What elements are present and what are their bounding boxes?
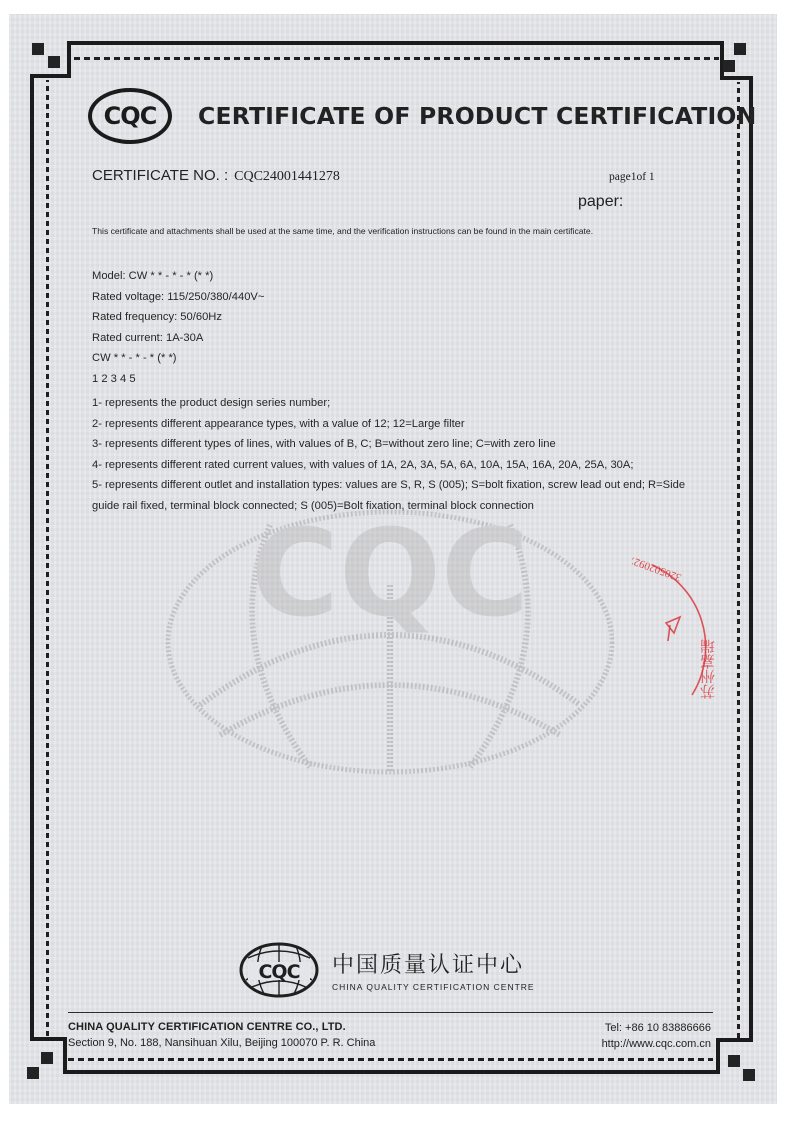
model: Model: CW * * - * - * (* *): [92, 266, 264, 287]
cqc-logo-text: CQC: [104, 102, 157, 130]
footer-divider: [68, 1012, 713, 1013]
description-item: 3- represents different types of lines, …: [92, 434, 712, 455]
product-specs: Model: CW * * - * - * (* *) Rated voltag…: [92, 266, 264, 389]
certificate-header: CQC CERTIFICATE OF PRODUCT CERTIFICATION: [88, 88, 756, 144]
org-name-english: CHINA QUALITY CERTIFICATION CENTRE: [332, 982, 535, 992]
footer-org-name: 中国质量认证中心 CHINA QUALITY CERTIFICATION CEN…: [332, 948, 535, 992]
company-seal-stamp: 3205020927921 苏州嘉瑞: [632, 545, 752, 715]
cqc-logo: CQC: [88, 88, 172, 144]
usage-notice: This certificate and attachments shall b…: [92, 226, 593, 236]
corner-square: [743, 1069, 755, 1081]
corner-square: [734, 43, 746, 55]
org-name-chinese: 中国质量认证中心: [332, 948, 535, 979]
description-item: 2- represents different appearance types…: [92, 414, 712, 435]
corner-square: [728, 1055, 740, 1067]
corner-square: [723, 60, 735, 72]
cqc-footer-logo: CQC 中国质量认证中心 CHINA QUALITY CERTIFICATION…: [238, 940, 535, 1000]
rated-frequency: Rated frequency: 50/60Hz: [92, 307, 264, 328]
model-code-descriptions: 1- represents the product design series …: [92, 393, 712, 516]
cqc-globe-watermark: CQC: [160, 505, 620, 780]
corner-square: [41, 1052, 53, 1064]
model-pattern: CW * * - * - * (* *): [92, 348, 264, 369]
corner-square: [32, 43, 44, 55]
footer-address-block: CHINA QUALITY CERTIFICATION CENTRE CO., …: [68, 1019, 375, 1051]
corner-square: [48, 56, 60, 68]
page-title: CERTIFICATE OF PRODUCT CERTIFICATION: [198, 102, 756, 130]
website-link[interactable]: http://www.cqc.com.cn: [602, 1036, 711, 1052]
paper-label: paper:: [578, 193, 623, 211]
company-name: CHINA QUALITY CERTIFICATION CENTRE CO., …: [68, 1019, 375, 1035]
svg-text:3205020927921: 3205020927921: [632, 548, 683, 584]
certificate-number-value: CQC24001441278: [234, 169, 340, 184]
description-item: 5- represents different outlet and insta…: [92, 475, 712, 516]
corner-square: [27, 1067, 39, 1079]
footer-contact-block: Tel: +86 10 83886666 http://www.cqc.com.…: [602, 1020, 711, 1052]
description-item: 4- represents different rated current va…: [92, 455, 712, 476]
svg-text:CQC: CQC: [251, 505, 529, 644]
telephone: Tel: +86 10 83886666: [602, 1020, 711, 1036]
svg-text:CQC: CQC: [258, 961, 299, 983]
svg-text:苏州嘉瑞: 苏州嘉瑞: [699, 639, 717, 700]
certificate-number-label: CERTIFICATE NO. :: [92, 167, 228, 184]
company-address: Section 9, No. 188, Nansihuan Xilu, Beij…: [68, 1035, 375, 1051]
page-indicator: page1of 1: [609, 171, 655, 183]
certificate-number: CERTIFICATE NO. :CQC24001441278: [92, 167, 340, 185]
cqc-globe-icon: CQC: [238, 940, 320, 1000]
rated-current: Rated current: 1A-30A: [92, 328, 264, 349]
rated-voltage: Rated voltage: 115/250/380/440V~: [92, 287, 264, 308]
description-item: 1- represents the product design series …: [92, 393, 712, 414]
position-numbers: 1 2 3 4 5: [92, 369, 264, 390]
